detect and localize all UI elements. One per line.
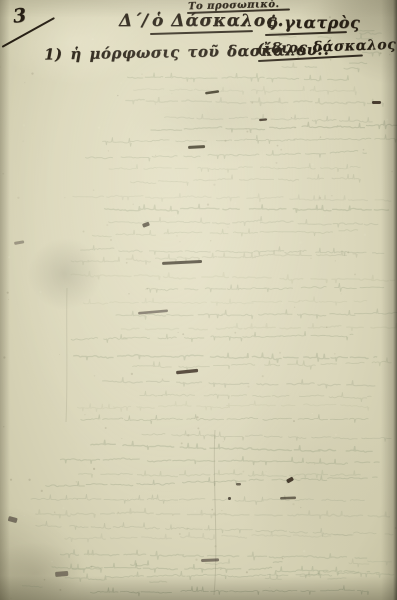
paper-speckle [210,240,211,241]
bleedthrough-line [45,475,377,486]
paper-speckle [8,299,9,300]
paper-speckle [187,434,189,436]
ink-mark [280,496,296,499]
paper-speckle [155,155,156,156]
paper-speckle [61,576,62,577]
paper-speckle [223,441,224,442]
paper-speckle [132,204,133,205]
paper-speckle [269,587,270,588]
paper-speckle [312,413,313,414]
paper-speckle [221,510,222,511]
paper-speckle [54,512,55,513]
bleedthrough-texture [0,0,397,600]
paper-speckle [294,127,296,129]
paper-speckle [110,239,112,241]
paper-speckle [162,395,163,396]
page-number: 3 [12,4,28,27]
paper-speckle [335,433,337,435]
paper-speckle [320,136,321,137]
paper-speckle [14,41,16,43]
bleedthrough-fragment [130,560,148,566]
bleedthrough-line [31,494,365,505]
bleedthrough-line [92,228,358,236]
paper-speckle [389,54,390,55]
ink-mark [162,260,202,265]
bleedthrough-line [125,97,383,107]
paper-speckle [2,173,4,175]
paper-speckle [31,72,33,74]
paper-speckle [282,558,284,560]
paper-crease [214,430,216,595]
paper-speckle [246,128,247,129]
bleedthrough-line [71,271,395,284]
paper-speckle [117,512,118,513]
paper-speckle [160,128,162,130]
paper-speckle [303,550,305,552]
paper-speckle [91,566,93,568]
bleedthrough-line [60,456,380,465]
manuscript-page: 3 Το προσωπικό. Δ΄/ ὁ Δάσκαλος. ὁ γιατρὸ… [0,0,397,600]
paper-speckle [127,499,128,500]
paper-speckle [179,533,181,535]
bleedthrough-fragment [327,578,346,579]
bleedthrough-line [71,331,353,343]
paper-speckle [17,197,19,199]
paper-speckle [44,579,46,581]
bleedthrough-line [81,414,369,424]
paper-speckle [126,262,128,264]
paper-speckle [8,256,10,258]
paper-speckle [82,230,84,232]
paper-speckle [10,597,12,599]
paper-speckle [120,83,121,84]
paper-speckle [293,420,295,422]
paper-speckle [347,251,349,253]
bleedthrough-line [127,73,348,83]
bleedthrough-line [109,163,361,173]
paper-speckle [186,528,188,530]
bleedthrough-line [151,120,397,132]
paper-speckle [84,414,85,415]
paper-speckle [364,234,366,236]
bleedthrough-line [83,297,367,306]
paper-speckle [93,189,95,191]
paper-speckle [10,479,12,481]
paper-speckle [246,131,248,133]
ink-mark [8,516,18,523]
bleedthrough-line [102,134,396,146]
paper-speckle [59,354,60,355]
paper-speckle [131,373,133,375]
paper-speckle [128,293,130,295]
bleedthrough-line [140,391,372,402]
ink-mark [228,497,231,500]
bleedthrough-line [71,250,357,265]
paper-speckle [234,202,236,204]
ink-mark [188,145,205,149]
paper-speckle [41,490,43,492]
paper-speckle [77,499,78,500]
paper-speckle [155,103,156,104]
paper-speckle [277,145,279,147]
paper-speckle [7,292,9,294]
paper-speckle [24,515,25,516]
paper-speckle [207,203,209,205]
paper-speckle [334,353,336,355]
bleedthrough-line [104,204,389,215]
paper-speckle [105,427,107,429]
paper-speckle [292,503,294,505]
paper-speckle [171,93,172,94]
paper-speckle [196,416,198,418]
paper-speckle [195,559,197,561]
paper-speckle [74,261,75,262]
paper-speckle [379,205,380,206]
bleedthrough-fragment [367,561,391,566]
bleedthrough-fragment [72,564,101,573]
ink-mark [142,222,150,228]
bleedthrough-line [85,150,367,161]
paper-speckle [395,527,397,529]
paper-speckle [354,273,356,275]
paper-speckle [335,260,336,261]
paper-speckle [182,333,184,335]
paper-speckle [265,473,267,475]
bleedthrough-fragment [359,32,381,34]
paper-speckle [92,38,94,40]
ink-mark [55,571,68,577]
paper-speckle [197,427,199,429]
bleedthrough-line [130,174,360,186]
paper-speckle [170,315,172,317]
bleedthrough-line [121,323,397,332]
paper-speckle [162,379,164,381]
paper-speckle [179,241,180,242]
paper-speckle [121,438,122,439]
paper-speckle [98,127,100,129]
paper-speckle [319,197,321,199]
bleedthrough-line [90,585,368,596]
paper-speckle [251,102,253,104]
ink-mark [372,101,381,104]
bleedthrough-line [146,283,384,293]
paper-speckle [62,507,64,509]
paper-speckle [234,332,236,334]
paper-speckle [391,171,393,173]
ink-mark [201,558,219,562]
bleedthrough-fragment [273,562,283,563]
paper-speckle [214,545,216,547]
paper-speckle [324,166,325,167]
paper-speckle [228,227,229,228]
bleedthrough-line [133,86,356,95]
bleedthrough-fragment [282,63,298,68]
paper-speckle [299,300,300,301]
bleedthrough-line [65,570,395,581]
paper-speckle [3,426,4,427]
paper-speckle [211,509,213,511]
paper-speckle [23,124,25,126]
paper-speckle [275,162,277,164]
paper-speckle [314,463,315,464]
paper-speckle [282,303,283,304]
bleedthrough-line [142,431,392,442]
paper-speckle [165,199,166,200]
paper-speckle [363,149,365,151]
paper-speckle [311,163,313,165]
paper-speckle [324,215,325,216]
paper-speckle [262,375,264,377]
bleedthrough-fragment [349,62,367,63]
bleedthrough-line [65,531,353,542]
paper-crease [66,288,67,422]
bleedthrough-line [90,440,372,452]
paper-speckle [132,160,134,162]
paper-speckle [181,442,183,444]
paper-speckle [291,117,292,118]
bleedthrough-fragment [318,37,332,38]
paper-speckle [118,474,119,475]
bleedthrough-line [102,377,375,388]
paper-speckle [247,386,249,388]
paper-speckle [300,507,301,508]
paper-speckle [11,513,12,514]
paper-speckle [160,221,161,222]
ink-mark [14,240,24,245]
header-title: ὁ Δάσκαλος. [152,11,284,31]
bleedthrough-line [78,469,360,478]
paper-speckle [246,571,248,573]
paper-speckle [147,288,148,289]
bleedthrough-line [132,358,391,371]
paper-speckle [3,356,5,358]
paper-speckle [0,67,1,68]
paper-speckle [251,132,252,133]
paper-speckle [106,224,108,226]
bleedthrough-line [77,401,369,412]
paper-speckle [51,561,52,562]
paper-speckle [194,510,196,512]
paper-speckle [176,235,178,237]
paper-speckle [213,513,215,515]
bleedthrough-fragment [149,581,166,582]
paper-speckle [310,258,311,259]
header-section-mark: Δ΄/ [119,11,148,31]
bleedthrough-fragment [349,559,370,568]
bleedthrough-fragment [305,66,317,67]
paper-speckle [266,471,267,472]
paper-speckle [141,73,143,75]
bleedthrough-line [116,309,397,320]
paper-speckle [127,478,129,480]
paper-speckle [166,582,167,583]
paper-speckle [93,468,95,470]
paper-speckle [28,479,30,481]
paper-speckle [24,82,25,83]
paper-speckle [224,140,226,142]
paper-speckle [108,150,109,151]
paper-speckle [138,552,139,553]
paper-speckle [181,549,182,550]
paper-speckle [59,589,61,591]
bleedthrough-line [72,193,391,202]
paper-speckle [330,59,332,61]
bleedthrough-fragment [22,586,43,588]
paper-speckle [64,197,65,198]
paper-speckle [94,375,96,377]
ink-mark [236,483,241,486]
bleedthrough-fragment [344,68,360,73]
paper-speckle [39,291,41,293]
paper-speckle [280,149,282,151]
paper-speckle [341,293,342,294]
paper-speckle [213,184,215,186]
bleedthrough-fragment [279,36,297,37]
paper-speckle [23,141,24,142]
paper-speckle [175,216,176,217]
paper-speckle [294,307,295,308]
paper-speckle [242,471,244,473]
bleedthrough-line [73,353,377,363]
paper-speckle [386,119,388,121]
paper-speckle [331,195,332,196]
paper-speckle [299,241,301,243]
paper-speckle [76,481,77,482]
paper-speckle [117,95,118,96]
header-title-right: ὁ γιατρὸς [267,13,360,32]
paper-speckle [279,352,281,354]
paper-speckle [326,327,327,328]
paper-speckle [178,332,179,333]
paper-speckle [172,515,173,516]
bleedthrough-line [164,114,372,124]
